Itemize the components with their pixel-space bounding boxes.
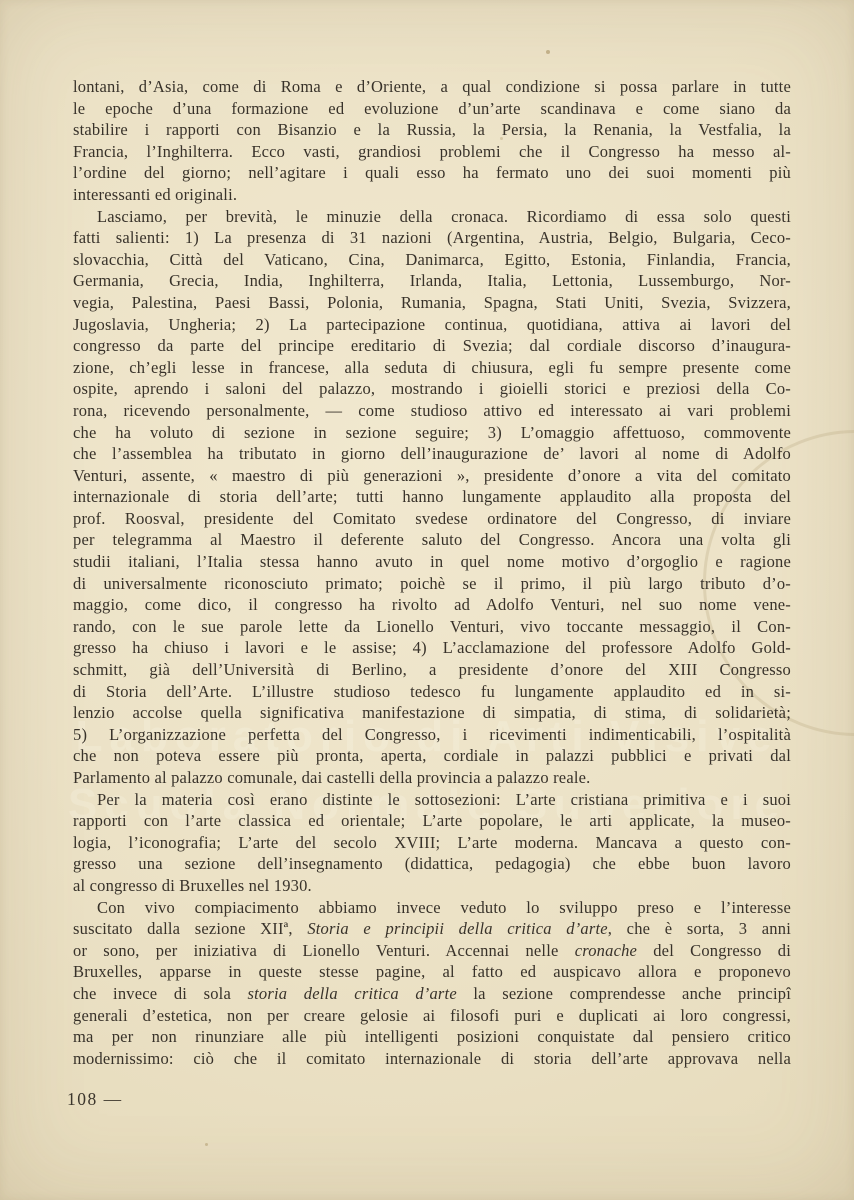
text-line: Per la materia così erano distinte le so… — [73, 789, 791, 811]
body-text: la sezione comprendesse anche principî — [457, 984, 791, 1003]
text-line: ospite, aprendo i saloni del palazzo, mo… — [73, 378, 791, 400]
body-text: logia, l’iconografia; L’arte del secolo … — [73, 833, 791, 852]
body-text: ma per non rinunziare alle più intellige… — [73, 1027, 791, 1046]
paragraph: Lasciamo, per brevità, le minuzie della … — [73, 206, 791, 789]
body-text: che invece di sola — [73, 984, 248, 1003]
book-page: Laboratorio di Arti Visive Scuola Normal… — [0, 0, 854, 1200]
text-line: che ha voluto di sezione in sezione segu… — [73, 422, 791, 444]
text-line: schmitt, già dell’Università di Berlino,… — [73, 659, 791, 681]
body-text: del Congresso di — [637, 941, 791, 960]
text-line: che l’assemblea ha tributato in giorno d… — [73, 443, 791, 465]
text-line: prof. Roosval, presidente del Comitato s… — [73, 508, 791, 530]
body-text: gresso ha chiuso i lavori e le assise; 4… — [73, 638, 791, 657]
text-line: stabilire i rapporti con Bisanzio e la R… — [73, 119, 791, 141]
body-text: lenzio accolse quella significativa mani… — [73, 703, 791, 722]
text-line: di Storia dell’Arte. L’illustre studioso… — [73, 681, 791, 703]
body-text: modernissimo: ciò che il comitato intern… — [73, 1049, 791, 1068]
body-text: Jugoslavia, Ungheria; 2) La partecipazio… — [73, 315, 791, 334]
body-text: rapporti con l’arte classica ed oriental… — [73, 811, 791, 830]
body-text: zione, ch’egli lesse in francese, alla s… — [73, 358, 791, 377]
body-text: lontani, d’Asia, come di Roma e d’Orient… — [73, 77, 791, 96]
text-line: Parlamento al palazzo comunale, dai cast… — [73, 767, 791, 789]
paper-speckle — [546, 50, 550, 54]
text-line: Lasciamo, per brevità, le minuzie della … — [73, 206, 791, 228]
body-text: 5) L’organizzazione perfetta del Congres… — [73, 725, 791, 744]
body-text: di Storia dell’Arte. L’illustre studioso… — [73, 682, 791, 701]
text-line: Germania, Grecia, India, Inghilterra, Ir… — [73, 270, 791, 292]
body-text: Venturi, assente, « maestro di più gener… — [73, 466, 791, 485]
text-line: che invece di sola storia della critica … — [73, 983, 791, 1005]
body-text: generali d’estetica, non per creare gelo… — [73, 1006, 791, 1025]
body-text: stabilire i rapporti con Bisanzio e la R… — [73, 120, 791, 139]
body-text: che ha voluto di sezione in sezione segu… — [73, 423, 791, 442]
body-text: ospite, aprendo i saloni del palazzo, mo… — [73, 379, 791, 398]
body-text: per telegramma al Maestro il deferente s… — [73, 530, 791, 549]
text-line: interessanti ed originali. — [73, 184, 791, 206]
body-text: slovacchia, Città del Vaticano, Cina, Da… — [73, 250, 791, 269]
body-text: studii italiani, l’Italia stessa hanno a… — [73, 552, 791, 571]
body-text: che non poteva essere più pronta, aperta… — [73, 746, 791, 765]
body-text: congresso da parte del principe ereditar… — [73, 336, 791, 355]
body-text: che l’assemblea ha tributato in giorno d… — [73, 444, 791, 463]
body-text: rona, ricevendo personalmente, — come st… — [73, 401, 791, 420]
body-text: Per la materia così erano distinte le so… — [97, 790, 791, 809]
body-text: le epoche d’una formazione ed evoluzione… — [73, 99, 791, 118]
text-line: zione, ch’egli lesse in francese, alla s… — [73, 357, 791, 379]
body-text: l’ordine del giorno; nell’agitare i qual… — [73, 163, 791, 182]
paragraph: Con vivo compiacimento abbiamo invece ve… — [73, 897, 791, 1070]
body-text: maggio, come dico, il congresso ha rivol… — [73, 595, 791, 614]
text-line: rona, ricevendo personalmente, — come st… — [73, 400, 791, 422]
body-text: suscitato dalla sezione XIIª, — [73, 919, 307, 938]
text-line: Bruxelles, apparse in queste stesse pagi… — [73, 961, 791, 983]
text-line: gresso ha chiuso i lavori e le assise; 4… — [73, 637, 791, 659]
text-line: ma per non rinunziare alle più intellige… — [73, 1026, 791, 1048]
body-text: Con vivo compiacimento abbiamo invece ve… — [97, 898, 791, 917]
body-text: fatti salienti: 1) La presenza di 31 naz… — [73, 228, 791, 247]
body-text: or sono, per iniziativa di Lionello Vent… — [73, 941, 575, 960]
text-line: rando, con le sue parole lette da Lionel… — [73, 616, 791, 638]
text-line: suscitato dalla sezione XIIª, Storia e p… — [73, 918, 791, 940]
body-text: schmitt, già dell’Università di Berlino,… — [73, 660, 791, 679]
text-line: studii italiani, l’Italia stessa hanno a… — [73, 551, 791, 573]
body-text: gresso una sezione dell’insegnamento (di… — [73, 854, 791, 873]
text-line: Francia, l’Inghilterra. Ecco vasti, gran… — [73, 141, 791, 163]
body-text: al congresso di Bruxelles nel 1930. — [73, 876, 312, 895]
text-line: lontani, d’Asia, come di Roma e d’Orient… — [73, 76, 791, 98]
text-line: or sono, per iniziativa di Lionello Vent… — [73, 940, 791, 962]
text-line: di universalmente riconosciuto primato; … — [73, 573, 791, 595]
text-line: 5) L’organizzazione perfetta del Congres… — [73, 724, 791, 746]
body-text: di universalmente riconosciuto primato; … — [73, 574, 791, 593]
text-line: logia, l’iconografia; L’arte del secolo … — [73, 832, 791, 854]
text-line: gresso una sezione dell’insegnamento (di… — [73, 853, 791, 875]
body-text: Parlamento al palazzo comunale, dai cast… — [73, 768, 590, 787]
body-text: interessanti ed originali. — [73, 185, 237, 204]
text-line: per telegramma al Maestro il deferente s… — [73, 529, 791, 551]
text-block: lontani, d’Asia, come di Roma e d’Orient… — [73, 76, 791, 1069]
body-text: rando, con le sue parole lette da Lionel… — [73, 617, 791, 636]
italic-text: storia della critica d’arte — [248, 984, 457, 1003]
text-line: Venturi, assente, « maestro di più gener… — [73, 465, 791, 487]
body-text: Germania, Grecia, India, Inghilterra, Ir… — [73, 271, 791, 290]
text-line: slovacchia, Città del Vaticano, Cina, Da… — [73, 249, 791, 271]
body-text: internazionale di storia dell’arte; tutt… — [73, 487, 791, 506]
text-line: vegia, Palestina, Paesi Bassi, Polonia, … — [73, 292, 791, 314]
body-text: Lasciamo, per brevità, le minuzie della … — [97, 207, 791, 226]
italic-text: Storia e principii della critica d’arte — [307, 919, 607, 938]
text-line: generali d’estetica, non per creare gelo… — [73, 1005, 791, 1027]
text-line: fatti salienti: 1) La presenza di 31 naz… — [73, 227, 791, 249]
text-line: internazionale di storia dell’arte; tutt… — [73, 486, 791, 508]
body-text: Bruxelles, apparse in queste stesse pagi… — [73, 962, 791, 981]
text-line: Jugoslavia, Ungheria; 2) La partecipazio… — [73, 314, 791, 336]
body-text: , che è sorta, 3 anni — [608, 919, 791, 938]
text-line: lenzio accolse quella significativa mani… — [73, 702, 791, 724]
text-line: le epoche d’una formazione ed evoluzione… — [73, 98, 791, 120]
text-line: maggio, come dico, il congresso ha rivol… — [73, 594, 791, 616]
body-text: vegia, Palestina, Paesi Bassi, Polonia, … — [73, 293, 791, 312]
text-line: al congresso di Bruxelles nel 1930. — [73, 875, 791, 897]
body-text: prof. Roosval, presidente del Comitato s… — [73, 509, 791, 528]
text-line: congresso da parte del principe ereditar… — [73, 335, 791, 357]
text-line: che non poteva essere più pronta, aperta… — [73, 745, 791, 767]
body-text: Francia, l’Inghilterra. Ecco vasti, gran… — [73, 142, 791, 161]
paragraph: Per la materia così erano distinte le so… — [73, 789, 791, 897]
text-line: rapporti con l’arte classica ed oriental… — [73, 810, 791, 832]
text-line: modernissimo: ciò che il comitato intern… — [73, 1048, 791, 1070]
text-line: Con vivo compiacimento abbiamo invece ve… — [73, 897, 791, 919]
paper-speckle — [205, 1143, 208, 1146]
page-number: 108 — — [67, 1089, 123, 1110]
text-line: l’ordine del giorno; nell’agitare i qual… — [73, 162, 791, 184]
italic-text: cronache — [575, 941, 637, 960]
paragraph: lontani, d’Asia, come di Roma e d’Orient… — [73, 76, 791, 206]
